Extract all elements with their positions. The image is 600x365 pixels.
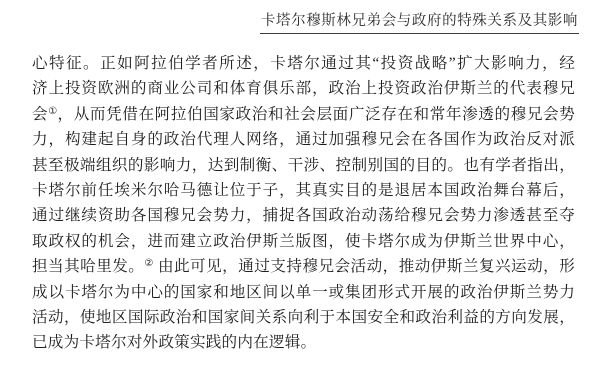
- document-page: 卡塔尔穆斯林兄弟会与政府的特殊关系及其影响 心特征。正如阿拉伯学者所述，卡塔尔通…: [0, 0, 600, 365]
- text-line: 活动，使地区国际政治和国家间关系向利于本国安全和政治利益的方向发展，: [32, 305, 575, 330]
- text-line: 力，构建起自身的政治代理人网络，通过加强穆兄会在各国作为政治反对派: [32, 127, 575, 152]
- text-line: 心特征。正如阿拉伯学者所述，卡塔尔通过其“投资战略”扩大影响力，经: [32, 51, 575, 76]
- running-head-row: 卡塔尔穆斯林兄弟会与政府的特殊关系及其影响: [0, 12, 579, 34]
- text-line: 已成为卡塔尔对外政策实践的内在逻辑。: [32, 330, 575, 355]
- text-line: 会①，从而凭借在阿拉伯国家政治和社会层面广泛存在和常年渗透的穆兄会势: [32, 102, 575, 127]
- text-line: 通过继续资助各国穆兄会势力，捕捉各国政治动荡给穆兄会势力渗透甚至夺: [32, 203, 575, 228]
- footnote-marker: ①: [48, 106, 57, 117]
- footnote-marker: ②: [144, 258, 153, 269]
- text-line: 担当其哈里发。② 由此可见，通过支持穆兄会活动，推动伊斯兰复兴运动，形: [32, 254, 575, 279]
- text-line: 甚至极端组织的影响力，达到制衡、干涉、控制别国的目的。也有学者指出，: [32, 153, 575, 178]
- text-line: 济上投资欧洲的商业公司和体育俱乐部，政治上投资政治伊斯兰的代表穆兄: [32, 76, 575, 101]
- running-head-title: 卡塔尔穆斯林兄弟会与政府的特殊关系及其影响: [260, 12, 579, 34]
- text-line: 卡塔尔前任埃米尔哈马德让位于子，其真实目的是退居本国政治舞台幕后，: [32, 178, 575, 203]
- text-line: 取政权的机会，进而建立政治伊斯兰版图，使卡塔尔成为伊斯兰世界中心，: [32, 229, 575, 254]
- paragraph: 心特征。正如阿拉伯学者所述，卡塔尔通过其“投资战略”扩大影响力，经 济上投资欧洲…: [32, 51, 575, 356]
- text-line: 成以卡塔尔为中心的国家和地区间以单一或集团形式开展的政治伊斯兰势力: [32, 280, 575, 305]
